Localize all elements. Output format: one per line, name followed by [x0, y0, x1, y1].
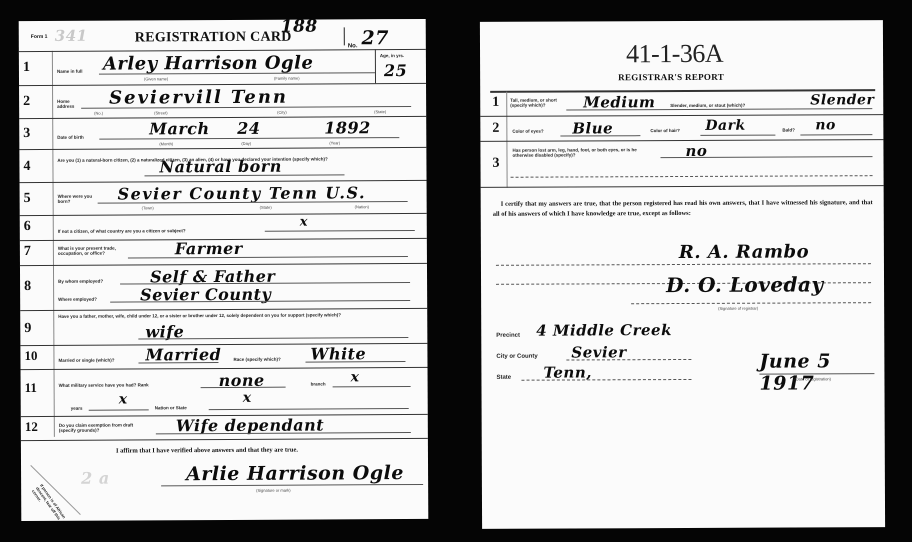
underline — [800, 134, 872, 135]
report-code: 41-1-36A — [626, 39, 723, 69]
field-row-10: 10 Married or single (which)? Married Ra… — [20, 343, 427, 369]
birth-day-value: 24 — [237, 119, 260, 138]
occupation-value: Farmer — [175, 239, 243, 258]
underline — [265, 230, 415, 232]
underline — [660, 156, 872, 158]
field-label: Slender, medium, or stout (which)? — [670, 103, 745, 108]
precinct-label: Precinct — [496, 334, 520, 339]
precinct-value: 4 Middle Creek — [536, 321, 672, 340]
field-label: Race (specify which)? — [233, 357, 280, 362]
field-row-5: 5 Where were you born? Sevier County Ten… — [20, 180, 427, 215]
signature-line — [161, 484, 423, 486]
field-row-2: 2 Home address Seviervill Tenn (No.) (St… — [19, 83, 426, 118]
field-label: Has person lost arm, leg, hand, foot, or… — [512, 147, 657, 158]
field-label: Where were you born? — [58, 194, 98, 204]
underline — [145, 174, 345, 176]
underline — [700, 135, 775, 136]
row-number: 10 — [24, 348, 37, 364]
underline — [209, 408, 409, 410]
underline — [511, 175, 873, 178]
underline — [98, 201, 408, 204]
report-row-1: 1 Tall, medium, or short (specify which)… — [480, 90, 883, 116]
registrar-signature: D. O. Loveday — [666, 272, 824, 297]
certification-text: I certify that my answers are true, that… — [493, 198, 873, 220]
row-number: 1 — [492, 95, 499, 111]
citizen-of-value: x — [300, 215, 308, 230]
field-row-11: 11 What military service have you had? R… — [21, 367, 428, 416]
field-row-4: 4 Are you (1) a natural-born citizen, (2… — [19, 147, 426, 182]
field-row-6: 6 If not a citizen, of what country are … — [20, 213, 427, 240]
underline — [333, 386, 411, 387]
age-divider — [375, 49, 376, 83]
name-value: Arley Harrison Ogle — [103, 53, 314, 75]
stray-mark: 2 a — [81, 469, 110, 488]
underline — [99, 72, 375, 74]
birth-month-value: March — [149, 119, 209, 138]
registrar-report-card: 41-1-36A REGISTRAR'S REPORT 1 Tall, medi… — [480, 20, 885, 529]
field-label: Bald? — [782, 128, 795, 133]
field-label: Have you a father, mother, wife, child u… — [58, 312, 413, 319]
sublabel: (No.) — [94, 111, 103, 116]
underline — [566, 359, 691, 361]
sublabel: (State) — [260, 205, 272, 210]
field-row-7: 7 What is your present trade, occupation… — [20, 238, 427, 265]
field-label: branch — [311, 381, 326, 386]
sublabel: (City) — [277, 110, 287, 115]
birth-year-value: 1892 — [324, 118, 371, 137]
hair-color-value: Dark — [705, 118, 745, 134]
row-number: 3 — [492, 156, 499, 172]
underline — [566, 108, 872, 110]
field-label: Color of eyes? — [512, 129, 543, 134]
field-row-8: 8 By whom employed? Self & Father Where … — [20, 263, 427, 310]
sublabel: (Family name) — [274, 76, 300, 81]
field-label: If not a citizen, of what country are yo… — [58, 228, 186, 234]
field-label: years — [71, 406, 83, 411]
signature-caption: (Signature or mark) — [256, 488, 290, 493]
number-value: 27 — [361, 27, 389, 49]
underline — [138, 337, 408, 339]
age-label: Age, in yrs. — [380, 53, 404, 58]
field-label: Married or single (which)? — [58, 358, 114, 363]
build-value: Slender — [810, 92, 874, 108]
underline — [89, 409, 149, 410]
exception-signature: R. A. Rambo — [679, 241, 809, 263]
registration-card: Form 1 341 REGISTRATION CARD 188 No. 27 … — [19, 19, 429, 521]
field-label: What military service have you had? Rank — [59, 382, 149, 387]
row-number: 11 — [25, 380, 37, 396]
row-number: 9 — [24, 321, 31, 337]
field-label: Name in full — [57, 69, 83, 74]
row-number: 4 — [23, 159, 30, 175]
sublabel: (Town) — [142, 205, 154, 210]
field-label: By whom employed? — [58, 279, 103, 284]
underline — [560, 135, 640, 136]
sublabel: (Month) — [159, 141, 173, 146]
serial-handwritten: 188 — [281, 17, 318, 37]
sublabel: (State) — [374, 109, 386, 114]
field-label: Where employed? — [58, 297, 97, 302]
registrar-signature-caption: (Signature of registrar) — [718, 306, 758, 311]
military-years-value: x — [119, 392, 128, 408]
report-row-2: 2 Color of eyes? Blue Color of hair? Dar… — [480, 114, 883, 141]
corner-note: If person is of African descent, tear of… — [31, 483, 69, 528]
bald-value: no — [815, 117, 836, 133]
underline — [128, 256, 408, 258]
report-title: REGISTRAR'S REPORT — [618, 72, 724, 82]
date-caption: (Date of registration) — [794, 376, 830, 381]
registrar-signature-line — [631, 302, 871, 304]
sublabel: (Year) — [329, 140, 340, 145]
military-nation-value: x — [243, 390, 252, 406]
row-number: 1 — [23, 60, 30, 76]
underline — [99, 137, 399, 140]
card-title: REGISTRATION CARD — [135, 30, 292, 47]
certification-paragraph: I certify that my answers are true, that… — [493, 198, 873, 220]
form-label: Form 1 — [31, 34, 48, 40]
field-row-3: 3 Date of birth March 24 1892 (Month) (D… — [19, 116, 426, 149]
field-row-9: 9 Have you a father, mother, wife, child… — [20, 308, 427, 345]
state-label: State — [496, 376, 511, 381]
row-number: 8 — [24, 279, 31, 295]
row-number: 2 — [492, 121, 499, 137]
sublabel: (Given name) — [144, 76, 168, 81]
sublabel: (Street) — [154, 110, 167, 115]
affirmation-text: I affirm that I have verified above answ… — [116, 447, 298, 455]
report-row-3: 3 Has person lost arm, leg, hand, foot, … — [480, 139, 883, 188]
home-address-value: Seviervill Tenn — [109, 87, 288, 109]
field-label: Home address — [57, 99, 79, 109]
sublabel: (Day) — [241, 141, 251, 146]
underline — [201, 387, 286, 388]
field-label: Color of hair? — [650, 128, 680, 133]
field-label: Date of birth — [57, 135, 84, 140]
military-branch-value: x — [351, 369, 360, 385]
registrant-signature: Arlie Harrison Ogle — [186, 462, 404, 485]
underline — [521, 379, 691, 381]
field-label: Tall, medium, or short (specify which)? — [510, 98, 565, 108]
city-label: City or County — [496, 355, 537, 360]
row-number: 12 — [25, 419, 38, 435]
field-row-1: 1 Name in full Arley Harrison Ogle (Give… — [19, 49, 426, 85]
form-number-handwritten: 341 — [55, 27, 88, 45]
row-number: 3 — [23, 126, 30, 142]
field-label: Do you claim exemption from draft (speci… — [59, 422, 149, 432]
sublabel: (Nation) — [355, 204, 369, 209]
row-number: 6 — [24, 219, 31, 235]
row-number: 5 — [24, 191, 31, 207]
row-number: 7 — [24, 244, 31, 260]
field-label: Nation or State — [155, 405, 187, 410]
row-number: 2 — [23, 94, 30, 110]
card-number: No. 27 — [344, 27, 389, 45]
field-label: What is your present trade, occupation, … — [58, 246, 128, 256]
exception-line — [496, 263, 871, 266]
age-value: 25 — [384, 61, 407, 80]
citizenship-value: Natural born — [159, 157, 281, 177]
field-row-12: 12 Do you claim exemption from draft (sp… — [21, 414, 428, 441]
